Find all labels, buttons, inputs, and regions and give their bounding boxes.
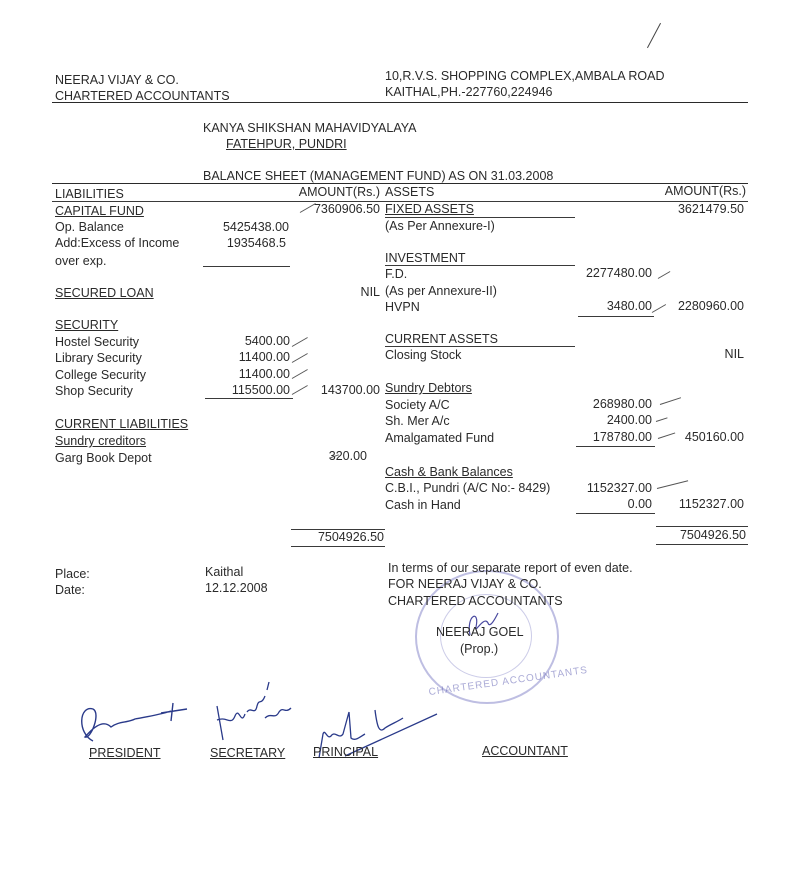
security-total: 143700.00 <box>300 382 380 398</box>
header-amount-right: AMOUNT(Rs.) <box>640 183 746 199</box>
header-amount-left: AMOUNT(Rs.) <box>280 184 380 200</box>
firm-address-2: KAITHAL,PH.-227760,224946 <box>385 84 552 100</box>
subtotal-line <box>205 398 293 399</box>
investment-total: 2280960.00 <box>660 298 744 314</box>
date-label: Date: <box>55 582 85 598</box>
subtotal-line <box>576 446 655 447</box>
capital-fund-heading: CAPITAL FUND <box>55 203 144 219</box>
debtor-label-1: Sh. Mer A/c <box>385 413 450 429</box>
check-mark <box>656 417 668 422</box>
security-label-3: Shop Security <box>55 383 133 399</box>
place-value: Kaithal <box>205 564 243 580</box>
security-label-0: Hostel Security <box>55 334 139 350</box>
liabilities-grand-total: 7504926.50 <box>291 529 384 545</box>
subtotal-line <box>203 266 290 267</box>
check-mark <box>292 337 308 347</box>
header-divider <box>52 102 748 103</box>
signatory-title: (Prop.) <box>460 641 498 657</box>
check-mark <box>292 369 308 379</box>
cash-bank-amount-1: 0.00 <box>560 496 652 512</box>
section-line <box>385 265 575 266</box>
president-signature <box>75 693 195 753</box>
creditor-amount-0: 320.00 <box>320 448 367 464</box>
fd-amount: 2277480.00 <box>560 265 652 281</box>
date-value: 12.12.2008 <box>205 580 268 596</box>
fd-label: F.D. <box>385 266 407 282</box>
debtors-total: 450160.00 <box>660 429 744 445</box>
secured-loan-value: NIL <box>330 284 380 300</box>
firm-address-1: 10,R.V.S. SHOPPING COMPLEX,AMBALA ROAD <box>385 68 665 84</box>
hvpn-label: HVPN <box>385 299 420 315</box>
closing-stock-label: Closing Stock <box>385 347 461 363</box>
signatory-name: NEERAJ GOEL <box>436 624 524 640</box>
fixed-assets-heading: FIXED ASSETS <box>385 201 474 217</box>
sundry-creditors-heading: Sundry creditors <box>55 433 146 449</box>
org-name: KANYA SHIKSHAN MAHAVIDYALAYA <box>203 120 417 136</box>
security-amount-1: 11400.00 <box>200 349 290 365</box>
header-assets: ASSETS <box>385 184 434 200</box>
cash-bank-label-0: C.B.I., Pundri (A/C No:- 8429) <box>385 480 550 496</box>
subtotal-line <box>578 316 654 317</box>
check-mark <box>658 271 671 279</box>
debtor-amount-2: 178780.00 <box>560 429 652 445</box>
cash-bank-heading: Cash & Bank Balances <box>385 464 513 480</box>
security-amount-2: 11400.00 <box>200 366 290 382</box>
header-liabilities: LIABILITIES <box>55 186 124 202</box>
pen-mark <box>647 23 661 48</box>
creditor-label-0: Garg Book Depot <box>55 450 152 466</box>
security-heading: SECURITY <box>55 317 118 333</box>
debtor-label-2: Amalgamated Fund <box>385 430 494 446</box>
investment-note: (As per Annexure-II) <box>385 283 497 299</box>
debtor-amount-1: 2400.00 <box>560 412 652 428</box>
security-label-2: College Security <box>55 367 146 383</box>
cash-bank-label-1: Cash in Hand <box>385 497 461 513</box>
total-line-bottom <box>291 546 385 547</box>
security-label-1: Library Security <box>55 350 142 366</box>
current-assets-heading: CURRENT ASSETS <box>385 331 498 347</box>
check-mark <box>292 353 308 363</box>
accountant-label: ACCOUNTANT <box>482 743 568 759</box>
subtotal-line <box>576 513 655 514</box>
debtor-label-0: Society A/C <box>385 397 450 413</box>
principal-label: PRINCIPAL <box>313 744 378 760</box>
cash-bank-amount-0: 1152327.00 <box>560 480 652 496</box>
fixed-assets-total: 3621479.50 <box>640 201 744 217</box>
security-amount-0: 5400.00 <box>200 333 290 349</box>
excess-label-1: Add:Excess of Income <box>55 235 179 251</box>
fixed-assets-note: (As Per Annexure-I) <box>385 218 495 234</box>
balance-sheet-title: BALANCE SHEET (MANAGEMENT FUND) AS ON 31… <box>203 168 553 184</box>
secretary-signature <box>205 676 305 746</box>
firm-name: NEERAJ VIJAY & CO. <box>55 72 179 88</box>
op-balance-label: Op. Balance <box>55 219 124 235</box>
place-label: Place: <box>55 566 90 582</box>
investment-heading: INVESTMENT <box>385 250 466 266</box>
secured-loan-heading: SECURED LOAN <box>55 285 154 301</box>
security-amount-3: 115500.00 <box>200 382 290 398</box>
secretary-label: SECRETARY <box>210 745 285 761</box>
cash-bank-total: 1152327.00 <box>660 496 744 512</box>
check-mark <box>660 397 681 405</box>
total-line-bottom <box>656 544 748 545</box>
excess-amount: 1935468.5 <box>200 235 286 251</box>
assets-grand-total: 7504926.50 <box>656 527 746 543</box>
for-firm-line: FOR NEERAJ VIJAY & CO. <box>388 576 542 592</box>
excess-label-2: over exp. <box>55 253 106 269</box>
op-balance-amount: 5425438.00 <box>200 219 289 235</box>
check-mark <box>657 480 688 489</box>
closing-stock-value: NIL <box>700 346 744 362</box>
current-liabilities-heading: CURRENT LIABILITIES <box>55 416 188 432</box>
sundry-debtors-heading: Sundry Debtors <box>385 380 472 396</box>
report-line: In terms of our separate report of even … <box>388 560 633 576</box>
hvpn-amount: 3480.00 <box>580 298 652 314</box>
president-label: PRESIDENT <box>89 745 161 761</box>
org-location: FATEHPUR, PUNDRI <box>226 136 347 152</box>
debtor-amount-0: 268980.00 <box>560 396 652 412</box>
